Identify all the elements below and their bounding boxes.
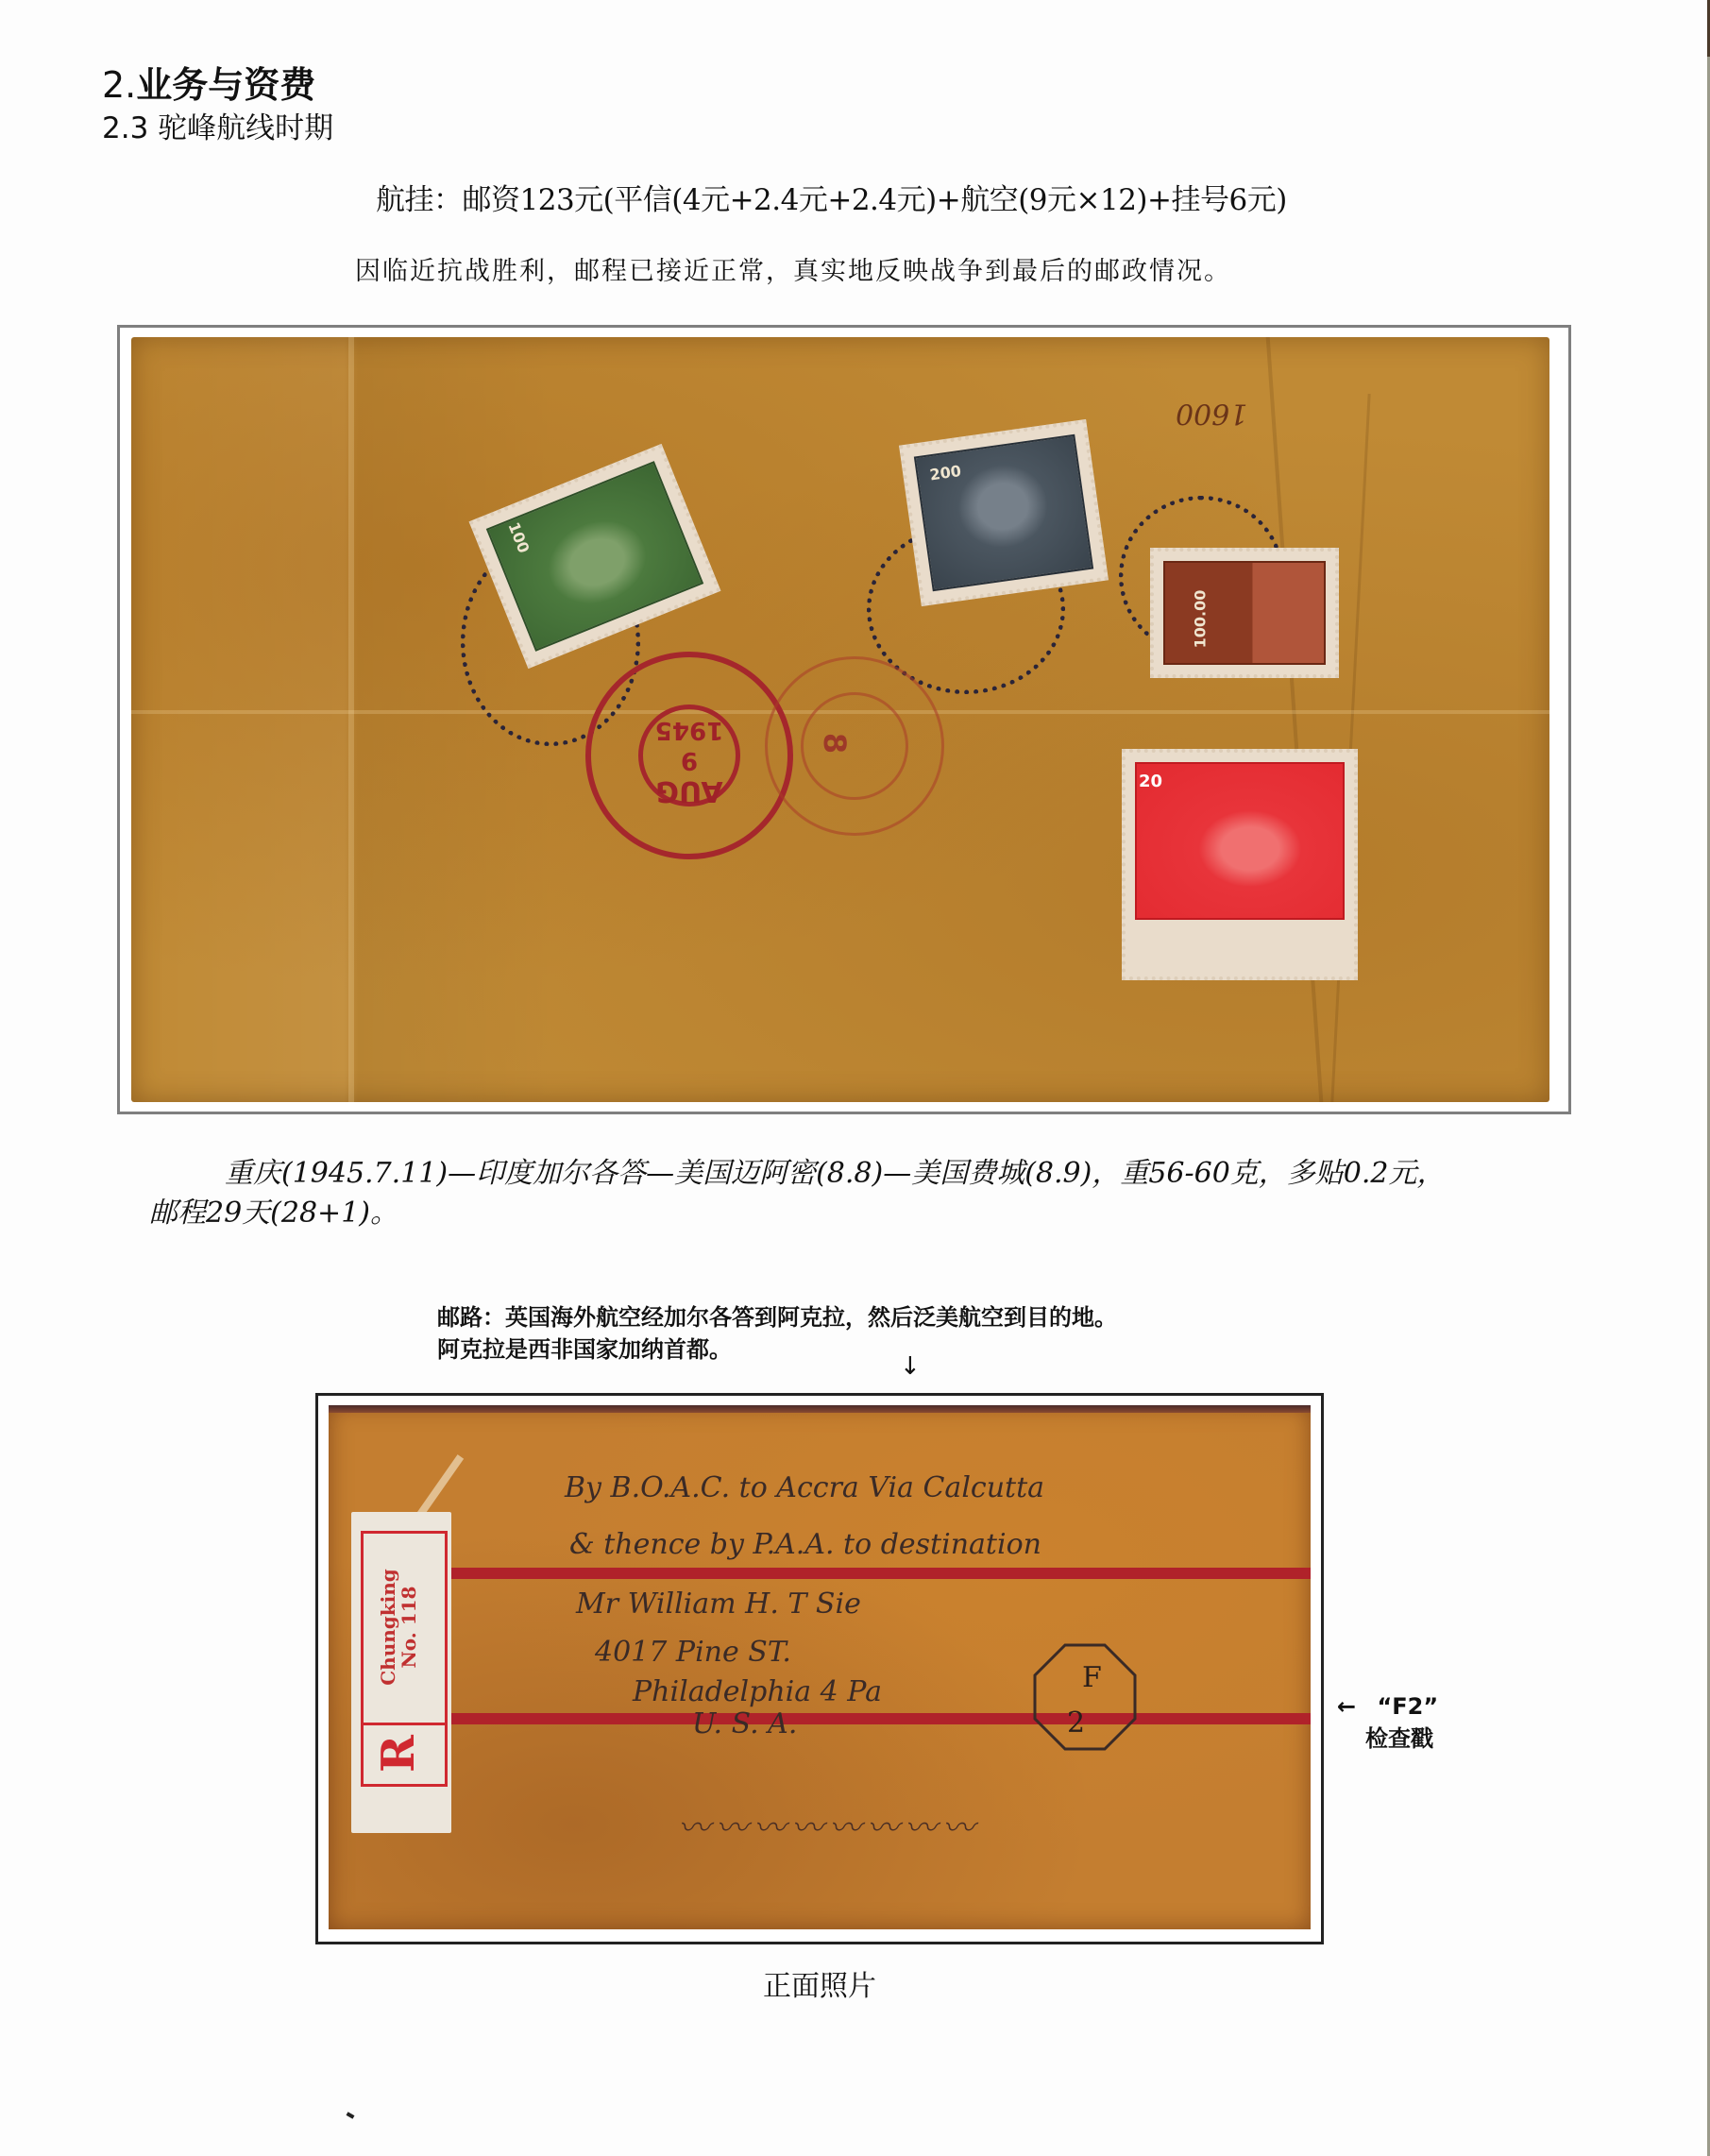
subsection-title: 2.3 驼峰航线时期 bbox=[102, 111, 333, 145]
section-title: 2.业务与资费 bbox=[102, 64, 315, 106]
svg-text:2: 2 bbox=[1067, 1706, 1085, 1740]
red-stamp: 20 bbox=[1122, 749, 1358, 980]
envelope-crease bbox=[1330, 394, 1370, 1102]
handwritten-routing-2: & thence by P.A.A. to destination bbox=[569, 1528, 1041, 1561]
chinese-handwriting: 〰〰〰〰〰〰〰〰 bbox=[678, 1802, 980, 1848]
addressee-name: Mr William H. T Sie bbox=[576, 1587, 861, 1621]
handwritten-routing-1: By B.O.A.C. to Accra Via Calcutta bbox=[565, 1471, 1044, 1504]
miami-postmark: 8 bbox=[765, 656, 944, 836]
envelope-crease bbox=[348, 337, 354, 1102]
censor-mark-f2: F 2 bbox=[1029, 1641, 1141, 1753]
cover-front-envelope: ChungkingNo. 118 R By B.O.A.C. to Accra … bbox=[329, 1405, 1311, 1929]
arrow-down-icon: ↓ bbox=[900, 1354, 921, 1379]
address-street: 4017 Pine ST. bbox=[595, 1636, 791, 1669]
svg-text:F: F bbox=[1082, 1661, 1102, 1694]
scan-mark bbox=[347, 2112, 355, 2118]
brown-stamp: 100.00 bbox=[1150, 548, 1339, 678]
front-photo-caption: 正面照片 bbox=[763, 1968, 876, 2006]
registration-city: ChungkingNo. 118 bbox=[378, 1552, 419, 1703]
address-city: Philadelphia 4 Pa bbox=[633, 1675, 882, 1708]
address-country: U. S. A. bbox=[692, 1707, 797, 1740]
mail-route-note: 邮路：英国海外航空经加尔各答到阿克拉，然后泛美航空到目的地。 阿克拉是西非国家加… bbox=[437, 1301, 1117, 1366]
airmail-band bbox=[437, 1568, 1311, 1579]
pencil-note: 1600 bbox=[1176, 397, 1247, 430]
section-heading: 业务与资费 bbox=[136, 64, 315, 106]
arrow-left-icon: ← bbox=[1337, 1693, 1356, 1720]
airmail-band bbox=[437, 1713, 1311, 1724]
slate-stamp: 200 bbox=[899, 419, 1109, 606]
f2-censor-note: ← “F2” 检查戳 bbox=[1337, 1690, 1438, 1755]
philadelphia-postmark: 1945 9 AUG bbox=[585, 652, 793, 859]
registration-letter: R bbox=[372, 1735, 425, 1773]
envelope-crease bbox=[1266, 337, 1324, 1102]
section-number: 2. bbox=[102, 64, 136, 106]
context-line: 因临近抗战胜利，邮程已接近正常，真实地反映战争到最后的邮政情况。 bbox=[355, 255, 1231, 289]
registration-label: ChungkingNo. 118 R bbox=[351, 1512, 451, 1833]
route-caption: 重庆(1945.7.11)—印度加尔各答—美国迈阿密(8.8)—美国费城(8.9… bbox=[151, 1154, 1549, 1233]
postage-rate-line: 航挂：邮资123元(平信(4元+2.4元+2.4元)+航空(9元×12)+挂号6… bbox=[376, 181, 1287, 219]
